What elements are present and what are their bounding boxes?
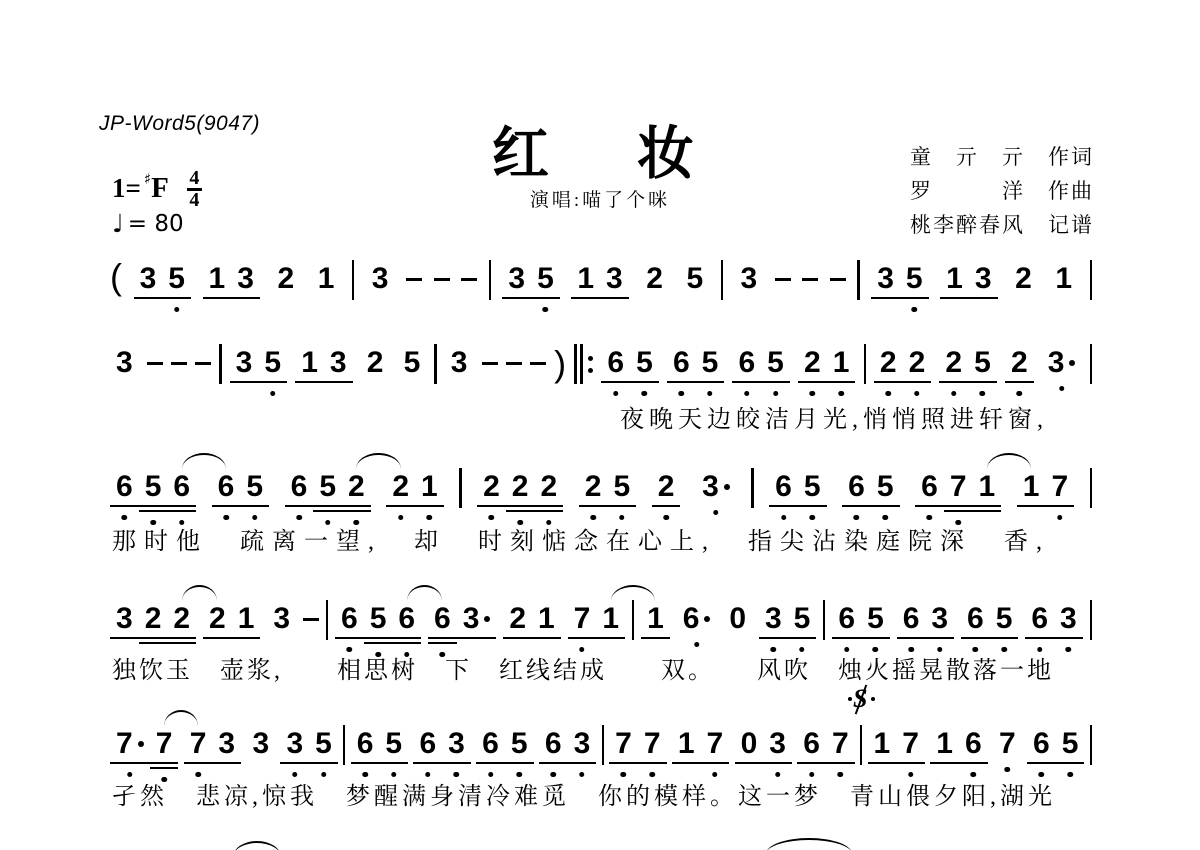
octave-dot — [174, 307, 180, 313]
barline-wrap — [459, 468, 461, 508]
note-digit: 5 — [264, 348, 281, 378]
note-digit: 6 — [967, 604, 984, 634]
beam-line — [531, 297, 560, 300]
barline-wrap — [489, 260, 491, 300]
partial-slur-arc — [233, 841, 281, 850]
note-digit: 6 — [838, 604, 855, 634]
note-group: 2 — [640, 264, 669, 294]
note-digit: 2 — [1011, 348, 1028, 378]
note-digit: 1 — [577, 264, 594, 294]
note-group: 65 — [1027, 729, 1084, 759]
note-digit: 1 — [979, 472, 996, 502]
note-group: 21 — [798, 348, 855, 378]
beam-line — [240, 505, 269, 508]
note-digit: 7 — [190, 729, 207, 759]
note: 6 — [915, 472, 944, 502]
close-paren: ) — [554, 345, 566, 383]
beam-line — [502, 297, 531, 300]
beam-line — [961, 637, 990, 640]
note: 3 — [110, 348, 139, 378]
note-group: 71 — [568, 604, 625, 634]
duration-dash — [830, 278, 846, 281]
note-group: 35 — [502, 264, 559, 294]
note-digit: 6 — [545, 729, 562, 759]
note-group: 03 — [735, 729, 792, 759]
note: 6 — [959, 729, 988, 759]
time-signature: 44 — [187, 171, 202, 208]
beam-line — [968, 381, 997, 384]
octave-dot — [1067, 772, 1073, 778]
note-digit: 2 — [483, 472, 500, 502]
note-digit: 5 — [246, 472, 263, 502]
note-digit: 6 — [921, 472, 938, 502]
note: 6 — [832, 604, 861, 634]
note-digit: 1 — [538, 604, 555, 634]
beam-line — [1017, 505, 1046, 508]
beam-line — [1027, 762, 1056, 765]
octave-dot — [914, 391, 920, 397]
beam-line — [313, 505, 342, 508]
note-group: 2 — [271, 264, 300, 294]
beam-line-2 — [428, 642, 457, 645]
note-group: 35 — [871, 264, 928, 294]
barline-wrap — [602, 725, 604, 765]
note-digit: 3 — [769, 729, 786, 759]
octave-dot — [1066, 647, 1072, 653]
note-group: 3 — [445, 348, 474, 378]
note-group: 13 — [571, 264, 628, 294]
beam-line — [788, 637, 817, 640]
note-digit: 3 — [975, 264, 992, 294]
note: 5 — [240, 472, 269, 502]
beam-line — [457, 637, 497, 640]
note-digit: 6 — [803, 729, 820, 759]
beam-line — [568, 762, 597, 765]
beam-line — [231, 297, 260, 300]
octave-dot — [927, 515, 933, 521]
beam-line — [539, 762, 568, 765]
note-digit: 2 — [880, 348, 897, 378]
augmentation-dot — [704, 616, 710, 622]
note: 3 — [871, 264, 900, 294]
beam-line — [1054, 637, 1083, 640]
note: 2 — [503, 604, 532, 634]
note: 1 — [973, 472, 1002, 502]
octave-dot — [781, 515, 787, 521]
beam-line — [630, 381, 659, 384]
note-digit: 2 — [945, 348, 962, 378]
note-digit: 7 — [902, 729, 919, 759]
barline — [860, 725, 862, 765]
barline-wrap — [326, 600, 328, 640]
barline — [823, 600, 825, 640]
note: 6 — [351, 729, 380, 759]
note-digit: 6 — [434, 604, 451, 634]
note: 6 — [392, 604, 421, 634]
note: 5 — [607, 472, 636, 502]
duration-dash — [482, 362, 498, 365]
duration-dash — [802, 278, 818, 281]
note: 3 — [600, 264, 629, 294]
repeat-start: ) — [554, 344, 593, 384]
beam-line-2 — [139, 642, 168, 645]
note-group: 16 — [930, 729, 987, 759]
note: 5 — [696, 348, 725, 378]
note: 3 — [763, 729, 792, 759]
note-group: 671 — [915, 472, 1001, 502]
note-digit: 3 — [931, 604, 948, 634]
slur-arc — [164, 710, 198, 726]
note: 6 — [167, 472, 196, 502]
slur-arc — [182, 585, 218, 601]
octave-dot — [270, 391, 276, 397]
note-group: 13 — [940, 264, 997, 294]
note-group: 1 — [1049, 264, 1078, 294]
beam-line — [309, 762, 338, 765]
beam-line — [386, 505, 415, 508]
note-group: 35 — [759, 604, 816, 634]
note: 5 — [139, 472, 168, 502]
barline-wrap: S — [860, 725, 862, 765]
note-group: 5 — [681, 264, 710, 294]
duration-dash — [303, 618, 319, 621]
note-group: 65 — [351, 729, 408, 759]
note: 5 — [309, 729, 338, 759]
note: 3 — [212, 729, 241, 759]
note-group: 65 — [212, 472, 269, 502]
barline-wrap — [1090, 468, 1092, 508]
open-paren: ( — [110, 259, 122, 295]
note-group: 656 — [335, 604, 421, 634]
beam-line — [732, 381, 761, 384]
beam-line — [701, 762, 730, 765]
note-group: 65 — [732, 348, 789, 378]
octave-dot — [1057, 515, 1063, 521]
note-digit: 3 — [448, 729, 465, 759]
note: 1 — [571, 264, 600, 294]
beam-line — [832, 637, 861, 640]
note-digit: 5 — [804, 472, 821, 502]
note: 2 — [271, 264, 300, 294]
note-group: 13 — [203, 264, 260, 294]
beam-line — [944, 505, 973, 508]
note-digit: 2 — [646, 264, 663, 294]
note: 0 — [735, 729, 764, 759]
beam-line — [868, 762, 897, 765]
sharp-icon: ♯ — [144, 170, 151, 188]
note: 2 — [798, 348, 827, 378]
note: 2 — [579, 472, 608, 502]
note: 5 — [990, 604, 1019, 634]
note: 2 — [939, 348, 968, 378]
beam-line — [351, 762, 380, 765]
note-digit: 3 — [463, 604, 480, 634]
note: 1 — [868, 729, 897, 759]
note-group: 652 — [285, 472, 371, 502]
note-digit: 6 — [291, 472, 308, 502]
note: 1 — [312, 264, 341, 294]
beam-line — [285, 505, 314, 508]
barline — [1090, 725, 1092, 765]
note-digit: 3 — [1048, 348, 1065, 378]
octave-dot — [854, 515, 860, 521]
barline-wrap — [864, 344, 866, 384]
octave-dot — [642, 391, 648, 397]
note-digit: 1 — [1023, 472, 1040, 502]
note: 7 — [944, 472, 973, 502]
note: 5 — [379, 729, 408, 759]
note-digit: 0 — [729, 604, 746, 634]
slur-arc — [407, 585, 443, 601]
note: 3 — [230, 348, 259, 378]
note: 2 — [386, 472, 415, 502]
barline — [219, 344, 221, 384]
note: 3 — [696, 472, 736, 502]
beam-line-2 — [313, 510, 342, 513]
note: 6 — [476, 729, 505, 759]
beam-line — [973, 505, 1002, 508]
lyric-line: 那时他 疏离一望, 却 时刻惦念在心上, 指尖沾染庭院深 香, — [112, 521, 1050, 556]
note: 1 — [940, 264, 969, 294]
note-digit: 6 — [357, 729, 374, 759]
note: 1 — [295, 348, 324, 378]
note: 1 — [1049, 264, 1078, 294]
note: 5 — [505, 729, 534, 759]
key-prefix: 1= — [112, 173, 141, 204]
duration-dash — [506, 362, 522, 365]
octave-dot — [613, 391, 619, 397]
octave-dot — [885, 391, 891, 397]
note-group: 65 — [476, 729, 533, 759]
note-digit: 5 — [370, 604, 387, 634]
beam-line-2 — [167, 642, 196, 645]
tempo-marking: ♩= 80 — [112, 209, 184, 238]
beam-line — [342, 505, 371, 508]
note-group: 35 — [230, 348, 287, 378]
slur-arc — [611, 585, 656, 601]
note-digit: 6 — [903, 604, 920, 634]
beam-line — [139, 505, 168, 508]
augmentation-dot — [484, 616, 490, 622]
note-group: 77 — [110, 729, 178, 759]
note-digit: 7 — [1051, 472, 1068, 502]
note: 5 — [900, 264, 929, 294]
octave-dot — [296, 515, 302, 521]
beam-line — [896, 762, 925, 765]
beam-line — [667, 381, 696, 384]
beam-line — [534, 505, 563, 508]
note: 5 — [531, 264, 560, 294]
note-digit: 5 — [511, 729, 528, 759]
barline — [751, 468, 753, 508]
note-group: 2 — [1009, 264, 1038, 294]
note-digit: 5 — [702, 348, 719, 378]
octave-dot — [707, 391, 713, 397]
barline — [1090, 468, 1092, 508]
note-digit: 2 — [209, 604, 226, 634]
note: 2 — [640, 264, 669, 294]
note: 2 — [167, 604, 196, 634]
note: 6 — [413, 729, 442, 759]
note-digit: 3 — [237, 264, 254, 294]
beam-line — [759, 637, 788, 640]
beam-line — [1005, 381, 1034, 384]
note-digit: 3 — [286, 729, 303, 759]
note-digit: 5 — [315, 729, 332, 759]
beam-line — [735, 762, 764, 765]
note-digit: 5 — [767, 348, 784, 378]
note: 3 — [134, 264, 163, 294]
duration-dash — [775, 278, 791, 281]
note-digit: 7 — [615, 729, 632, 759]
note-digit: 1 — [678, 729, 695, 759]
note: 7 — [568, 604, 597, 634]
note: 3 — [246, 729, 275, 759]
note: 6 — [212, 472, 241, 502]
time-denominator: 4 — [189, 193, 199, 208]
note-group: 1 — [312, 264, 341, 294]
note-digit: 3 — [218, 729, 235, 759]
note-digit: 6 — [482, 729, 499, 759]
duration-dash — [147, 362, 163, 365]
beam-line — [930, 762, 959, 765]
note-digit: 5 — [877, 472, 894, 502]
note-digit: 3 — [741, 264, 758, 294]
note: 2 — [203, 604, 232, 634]
barline — [459, 468, 461, 508]
watermark: JP-Word5(9047) — [99, 112, 260, 136]
barline — [326, 600, 328, 640]
beam-line — [212, 505, 241, 508]
note: 6 — [601, 348, 630, 378]
note-group: 3 — [696, 472, 736, 502]
note-digit: 6 — [398, 604, 415, 634]
note-digit: 6 — [1033, 729, 1050, 759]
beam-line — [761, 381, 790, 384]
key-signature: 1=♯F 44 — [112, 170, 202, 207]
note-group: 17 — [672, 729, 729, 759]
note-digit: 5 — [385, 729, 402, 759]
duration-dash — [195, 362, 211, 365]
beam-line — [203, 637, 232, 640]
beam-line — [476, 762, 505, 765]
note-digit: 1 — [318, 264, 335, 294]
beam-line — [861, 637, 890, 640]
note: 6 — [110, 472, 139, 502]
duration-dash — [171, 362, 187, 365]
note-group: 77 — [609, 729, 666, 759]
octave-dot — [679, 391, 685, 397]
octave-dot — [838, 391, 844, 397]
beam-line — [826, 762, 855, 765]
note: 3 — [280, 729, 309, 759]
note: 6 — [1027, 729, 1056, 759]
beam-line — [672, 762, 701, 765]
composer-credit: 罗 洋 作曲 — [910, 174, 1094, 208]
barline — [857, 260, 859, 300]
note-digit: 0 — [741, 729, 758, 759]
note: 2 — [1009, 264, 1038, 294]
note-group: 73 — [184, 729, 241, 759]
note-digit: 2 — [585, 472, 602, 502]
barline-wrap — [751, 468, 753, 508]
beam-line — [1056, 762, 1085, 765]
note-digit: 1 — [936, 729, 953, 759]
note-digit: 6 — [1031, 604, 1048, 634]
beam-line — [696, 381, 725, 384]
note: 5 — [788, 604, 817, 634]
note: 7 — [110, 729, 150, 759]
note-digit: 5 — [404, 348, 421, 378]
beam-line — [415, 505, 444, 508]
note-group: 17 — [868, 729, 925, 759]
note-group: 21 — [386, 472, 443, 502]
note-digit: 1 — [421, 472, 438, 502]
beam-line — [413, 762, 442, 765]
octave-dot — [1017, 391, 1023, 397]
note-digit: 7 — [999, 729, 1016, 759]
quarter-note-icon: ♩ — [112, 209, 124, 238]
note: 1 — [232, 604, 261, 634]
note: 6 — [769, 472, 798, 502]
note: 5 — [871, 472, 900, 502]
note-digit: 5 — [974, 348, 991, 378]
beam-line — [150, 762, 179, 765]
slur-arc — [987, 453, 1031, 469]
note: 6 — [539, 729, 568, 759]
octave-dot — [773, 391, 779, 397]
beam-line — [379, 762, 408, 765]
barline — [1090, 600, 1092, 640]
note: 6 — [961, 604, 990, 634]
note: 2 — [903, 348, 932, 378]
music-line: 65665652212222523656567117 — [110, 472, 1092, 508]
song-title: 红妆 — [492, 108, 782, 190]
beam-line-2 — [150, 767, 179, 770]
octave-dot — [122, 515, 128, 521]
note-group: 65 — [842, 472, 899, 502]
note: 6 — [897, 604, 926, 634]
barline-wrap — [632, 600, 634, 640]
note-digit: 2 — [804, 348, 821, 378]
note-digit: 3 — [702, 472, 719, 502]
note-group: 63 — [413, 729, 470, 759]
note-digit: 3 — [236, 348, 253, 378]
beam-line — [162, 297, 191, 300]
note: 5 — [364, 604, 393, 634]
beam-line — [641, 637, 670, 640]
beam-line — [797, 762, 826, 765]
note: 7 — [701, 729, 730, 759]
octave-dot — [398, 515, 404, 521]
beam-line — [769, 505, 798, 508]
note: 5 — [162, 264, 191, 294]
beam-line — [596, 637, 625, 640]
beam-line — [897, 637, 926, 640]
barline-wrap — [434, 344, 436, 384]
note-digit: 1 — [946, 264, 963, 294]
note: 3 — [324, 348, 353, 378]
beam-line — [212, 762, 241, 765]
note-digit: 1 — [833, 348, 850, 378]
note-group: 3 — [366, 264, 395, 294]
beam-line-2 — [342, 510, 371, 513]
duration-dash — [530, 362, 546, 365]
note-group: 222 — [477, 472, 563, 502]
note: 2 — [874, 348, 903, 378]
note-group: 65 — [961, 604, 1018, 634]
note: 2 — [534, 472, 563, 502]
